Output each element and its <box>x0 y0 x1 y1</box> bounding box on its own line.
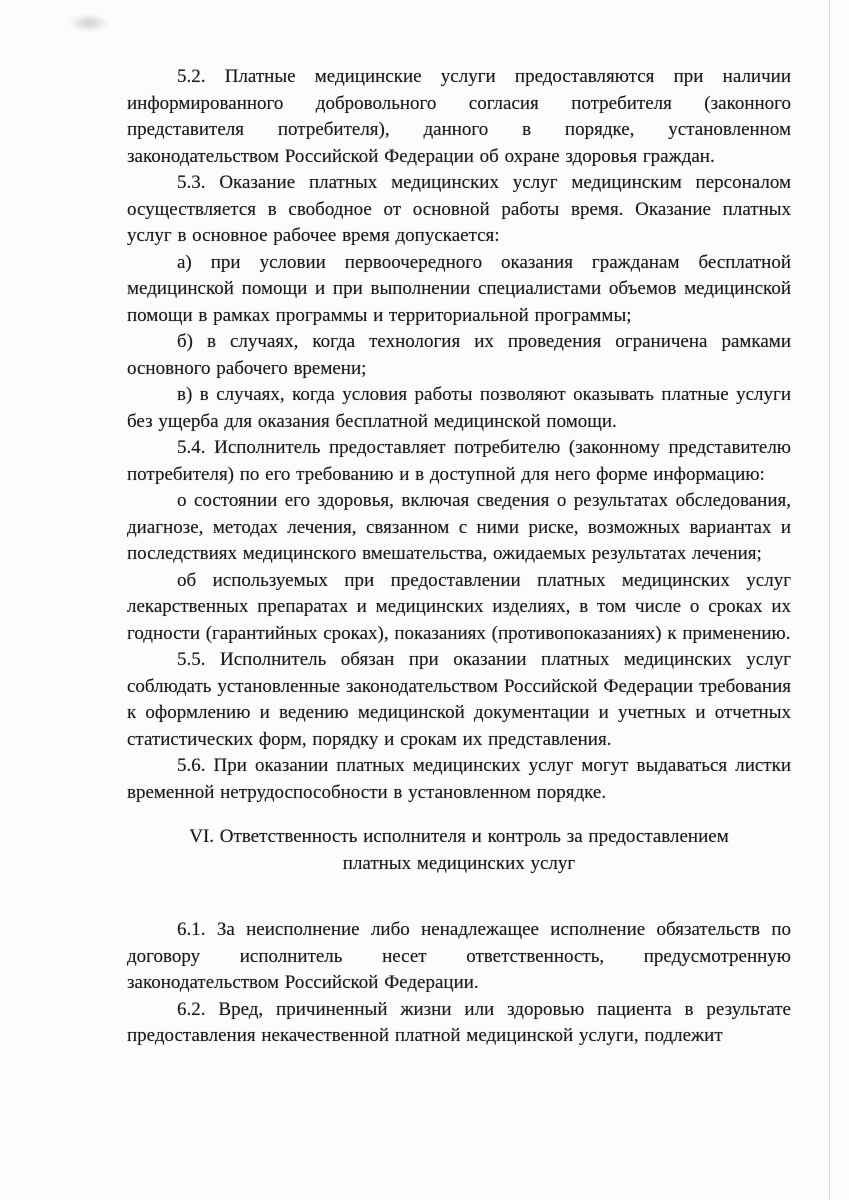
paragraph-5-3: 5.3. Оказание платных медицинских услуг … <box>127 170 791 250</box>
paragraph-5-4-health-info: о состоянии его здоровья, включая сведен… <box>127 488 791 568</box>
paragraph-5-4: 5.4. Исполнитель предоставляет потребите… <box>127 435 791 488</box>
section-vi-heading-line-2: платных медицинских услуг <box>127 851 791 878</box>
paragraph-5-3-item-a: а) при условии первоочередного оказания … <box>127 250 791 330</box>
section-vi-heading: VI. Ответственность исполнителя и контро… <box>127 824 791 877</box>
paragraph-5-6: 5.6. При оказании платных медицинских ус… <box>127 753 791 806</box>
paragraph-6-2: 6.2. Вред, причиненный жизни или здоровь… <box>127 997 791 1050</box>
paragraph-6-1: 6.1. За неисполнение либо ненадлежащее и… <box>127 917 791 997</box>
scan-edge-shadow <box>829 0 830 1200</box>
scanned-document-page: 5.2. Платные медицинские услуги предоста… <box>0 0 849 1200</box>
document-body: 5.2. Платные медицинские услуги предоста… <box>127 64 791 1050</box>
section-vi-heading-line-1: VI. Ответственность исполнителя и контро… <box>127 824 791 851</box>
paragraph-5-5: 5.5. Исполнитель обязан при оказании пла… <box>127 647 791 753</box>
scan-smudge-artifact <box>68 14 110 32</box>
paragraph-5-2: 5.2. Платные медицинские услуги предоста… <box>127 64 791 170</box>
paragraph-5-4-drugs-info: об используемых при предоставлении платн… <box>127 568 791 648</box>
paragraph-5-3-item-v: в) в случаях, когда условия работы позво… <box>127 382 791 435</box>
paragraph-5-3-item-b: б) в случаях, когда технология их провед… <box>127 329 791 382</box>
